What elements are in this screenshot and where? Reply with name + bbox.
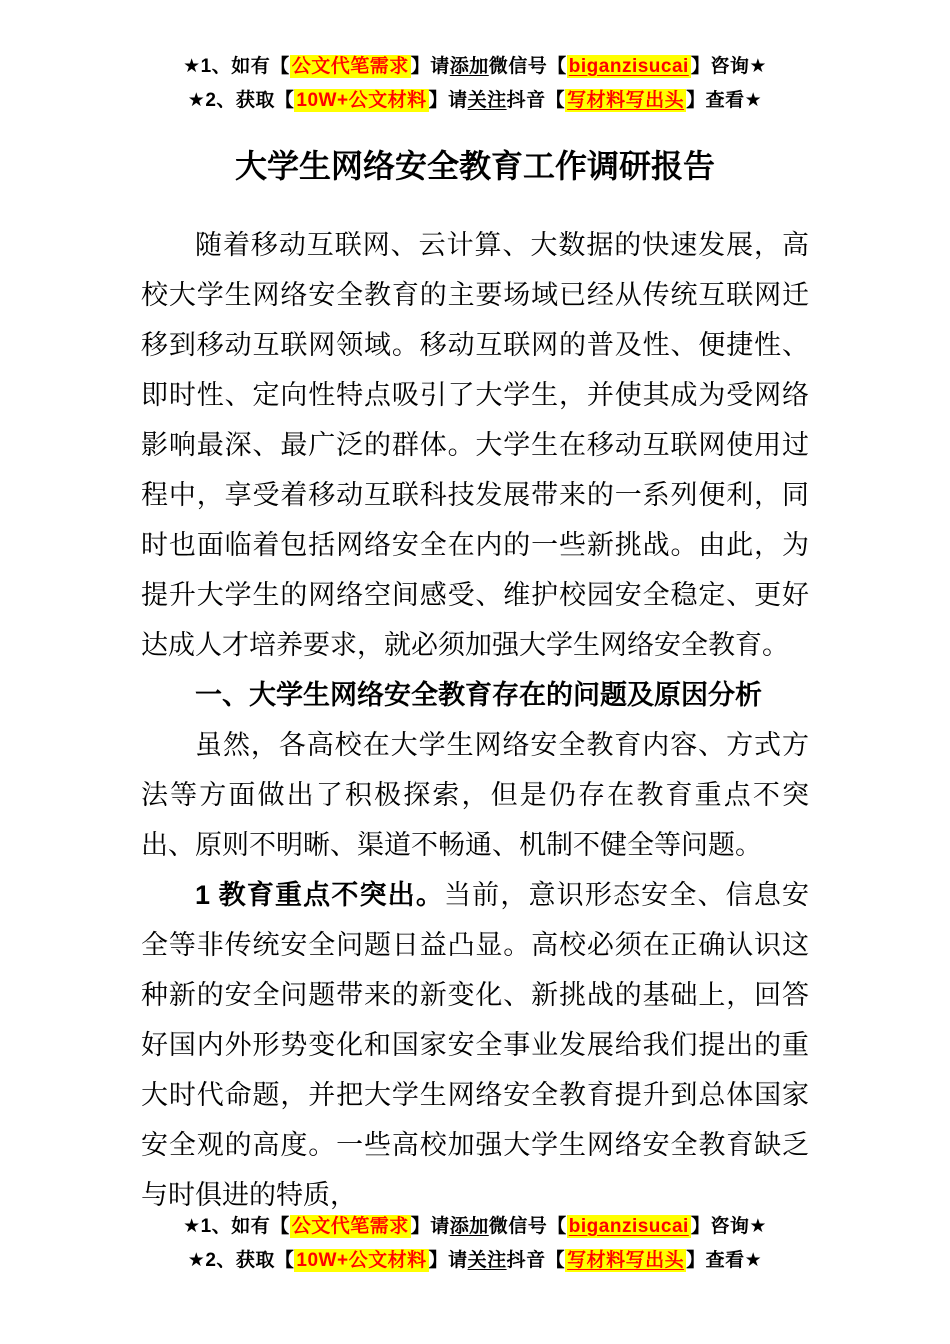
notice-text: 】查看★ — [686, 1250, 762, 1271]
highlighted-keyword-writing-service: 公文代笔需求 — [290, 55, 411, 78]
notice-line-2: ★2、获取【10W+公文材料】请关注抖音【写材料写出头】查看★ — [0, 1244, 950, 1278]
notice-text: 】请 — [411, 56, 450, 77]
bold-text-run: 一、大学生网络安全教育存在的问题及原因分析 — [195, 680, 762, 710]
notice-text: 微信号【 — [489, 1216, 567, 1237]
highlighted-douyin-account: 写材料写出头 — [565, 89, 686, 112]
document-page: ★1、如有【公文代笔需求】请添加微信号【biganzisucai】咨询★★2、获… — [0, 0, 950, 1344]
notice-text: 】咨询★ — [691, 1216, 767, 1237]
notice-text: 抖音【 — [507, 1250, 566, 1271]
highlighted-keyword-materials: 10W+公文材料 — [294, 1249, 428, 1272]
notice-text: 抖音【 — [507, 90, 566, 111]
footer-notice: ★1、如有【公文代笔需求】请添加微信号【biganzisucai】咨询★★2、获… — [0, 1210, 950, 1278]
notice-text: ★1、如有【 — [183, 1216, 290, 1237]
text-run: 当前，意识形态安全、信息安全等非传统安全问题日益凸显。高校必须在正确认识这种新的… — [141, 880, 809, 1210]
notice-text: ★2、获取【 — [188, 90, 295, 111]
highlighted-keyword-writing-service: 公文代笔需求 — [290, 1215, 411, 1238]
body-paragraph: 虽然，各高校在大学生网络安全教育内容、方式方法等方面做出了积极探索，但是仍存在教… — [141, 720, 809, 870]
document-body: 随着移动互联网、云计算、大数据的快速发展，高校大学生网络安全教育的主要场域已经从… — [141, 220, 809, 1220]
notice-text: 】请 — [429, 1250, 468, 1271]
underlined-action-add: 添加 — [450, 1216, 489, 1237]
underlined-action-follow: 关注 — [468, 1250, 507, 1271]
highlighted-wechat-id: biganzisucai — [567, 1215, 691, 1238]
notice-line-1: ★1、如有【公文代笔需求】请添加微信号【biganzisucai】咨询★ — [0, 1210, 950, 1244]
notice-line-1: ★1、如有【公文代笔需求】请添加微信号【biganzisucai】咨询★ — [0, 50, 950, 84]
notice-text: 】请 — [429, 90, 468, 111]
notice-text: ★2、获取【 — [188, 1250, 295, 1271]
notice-line-2: ★2、获取【10W+公文材料】请关注抖音【写材料写出头】查看★ — [0, 84, 950, 118]
highlighted-wechat-id: biganzisucai — [567, 55, 691, 78]
text-run: 随着移动互联网、云计算、大数据的快速发展，高校大学生网络安全教育的主要场域已经从… — [141, 230, 809, 660]
bold-text-run: 1 教育重点不突出。 — [195, 880, 444, 910]
section-heading: 一、大学生网络安全教育存在的问题及原因分析 — [141, 670, 809, 720]
notice-text: 】咨询★ — [691, 56, 767, 77]
underlined-action-add: 添加 — [450, 56, 489, 77]
notice-text: 】请 — [411, 1216, 450, 1237]
text-run: 虽然，各高校在大学生网络安全教育内容、方式方法等方面做出了积极探索，但是仍存在教… — [141, 730, 809, 860]
notice-text: 】查看★ — [686, 90, 762, 111]
document-title: 大学生网络安全教育工作调研报告 — [0, 144, 950, 188]
underlined-action-follow: 关注 — [468, 90, 507, 111]
highlighted-douyin-account: 写材料写出头 — [565, 1249, 686, 1272]
body-paragraph: 随着移动互联网、云计算、大数据的快速发展，高校大学生网络安全教育的主要场域已经从… — [141, 220, 809, 670]
body-paragraph: 1 教育重点不突出。当前，意识形态安全、信息安全等非传统安全问题日益凸显。高校必… — [141, 870, 809, 1220]
highlighted-keyword-materials: 10W+公文材料 — [294, 89, 428, 112]
notice-text: 微信号【 — [489, 56, 567, 77]
header-notice: ★1、如有【公文代笔需求】请添加微信号【biganzisucai】咨询★★2、获… — [0, 0, 950, 118]
notice-text: ★1、如有【 — [183, 56, 290, 77]
